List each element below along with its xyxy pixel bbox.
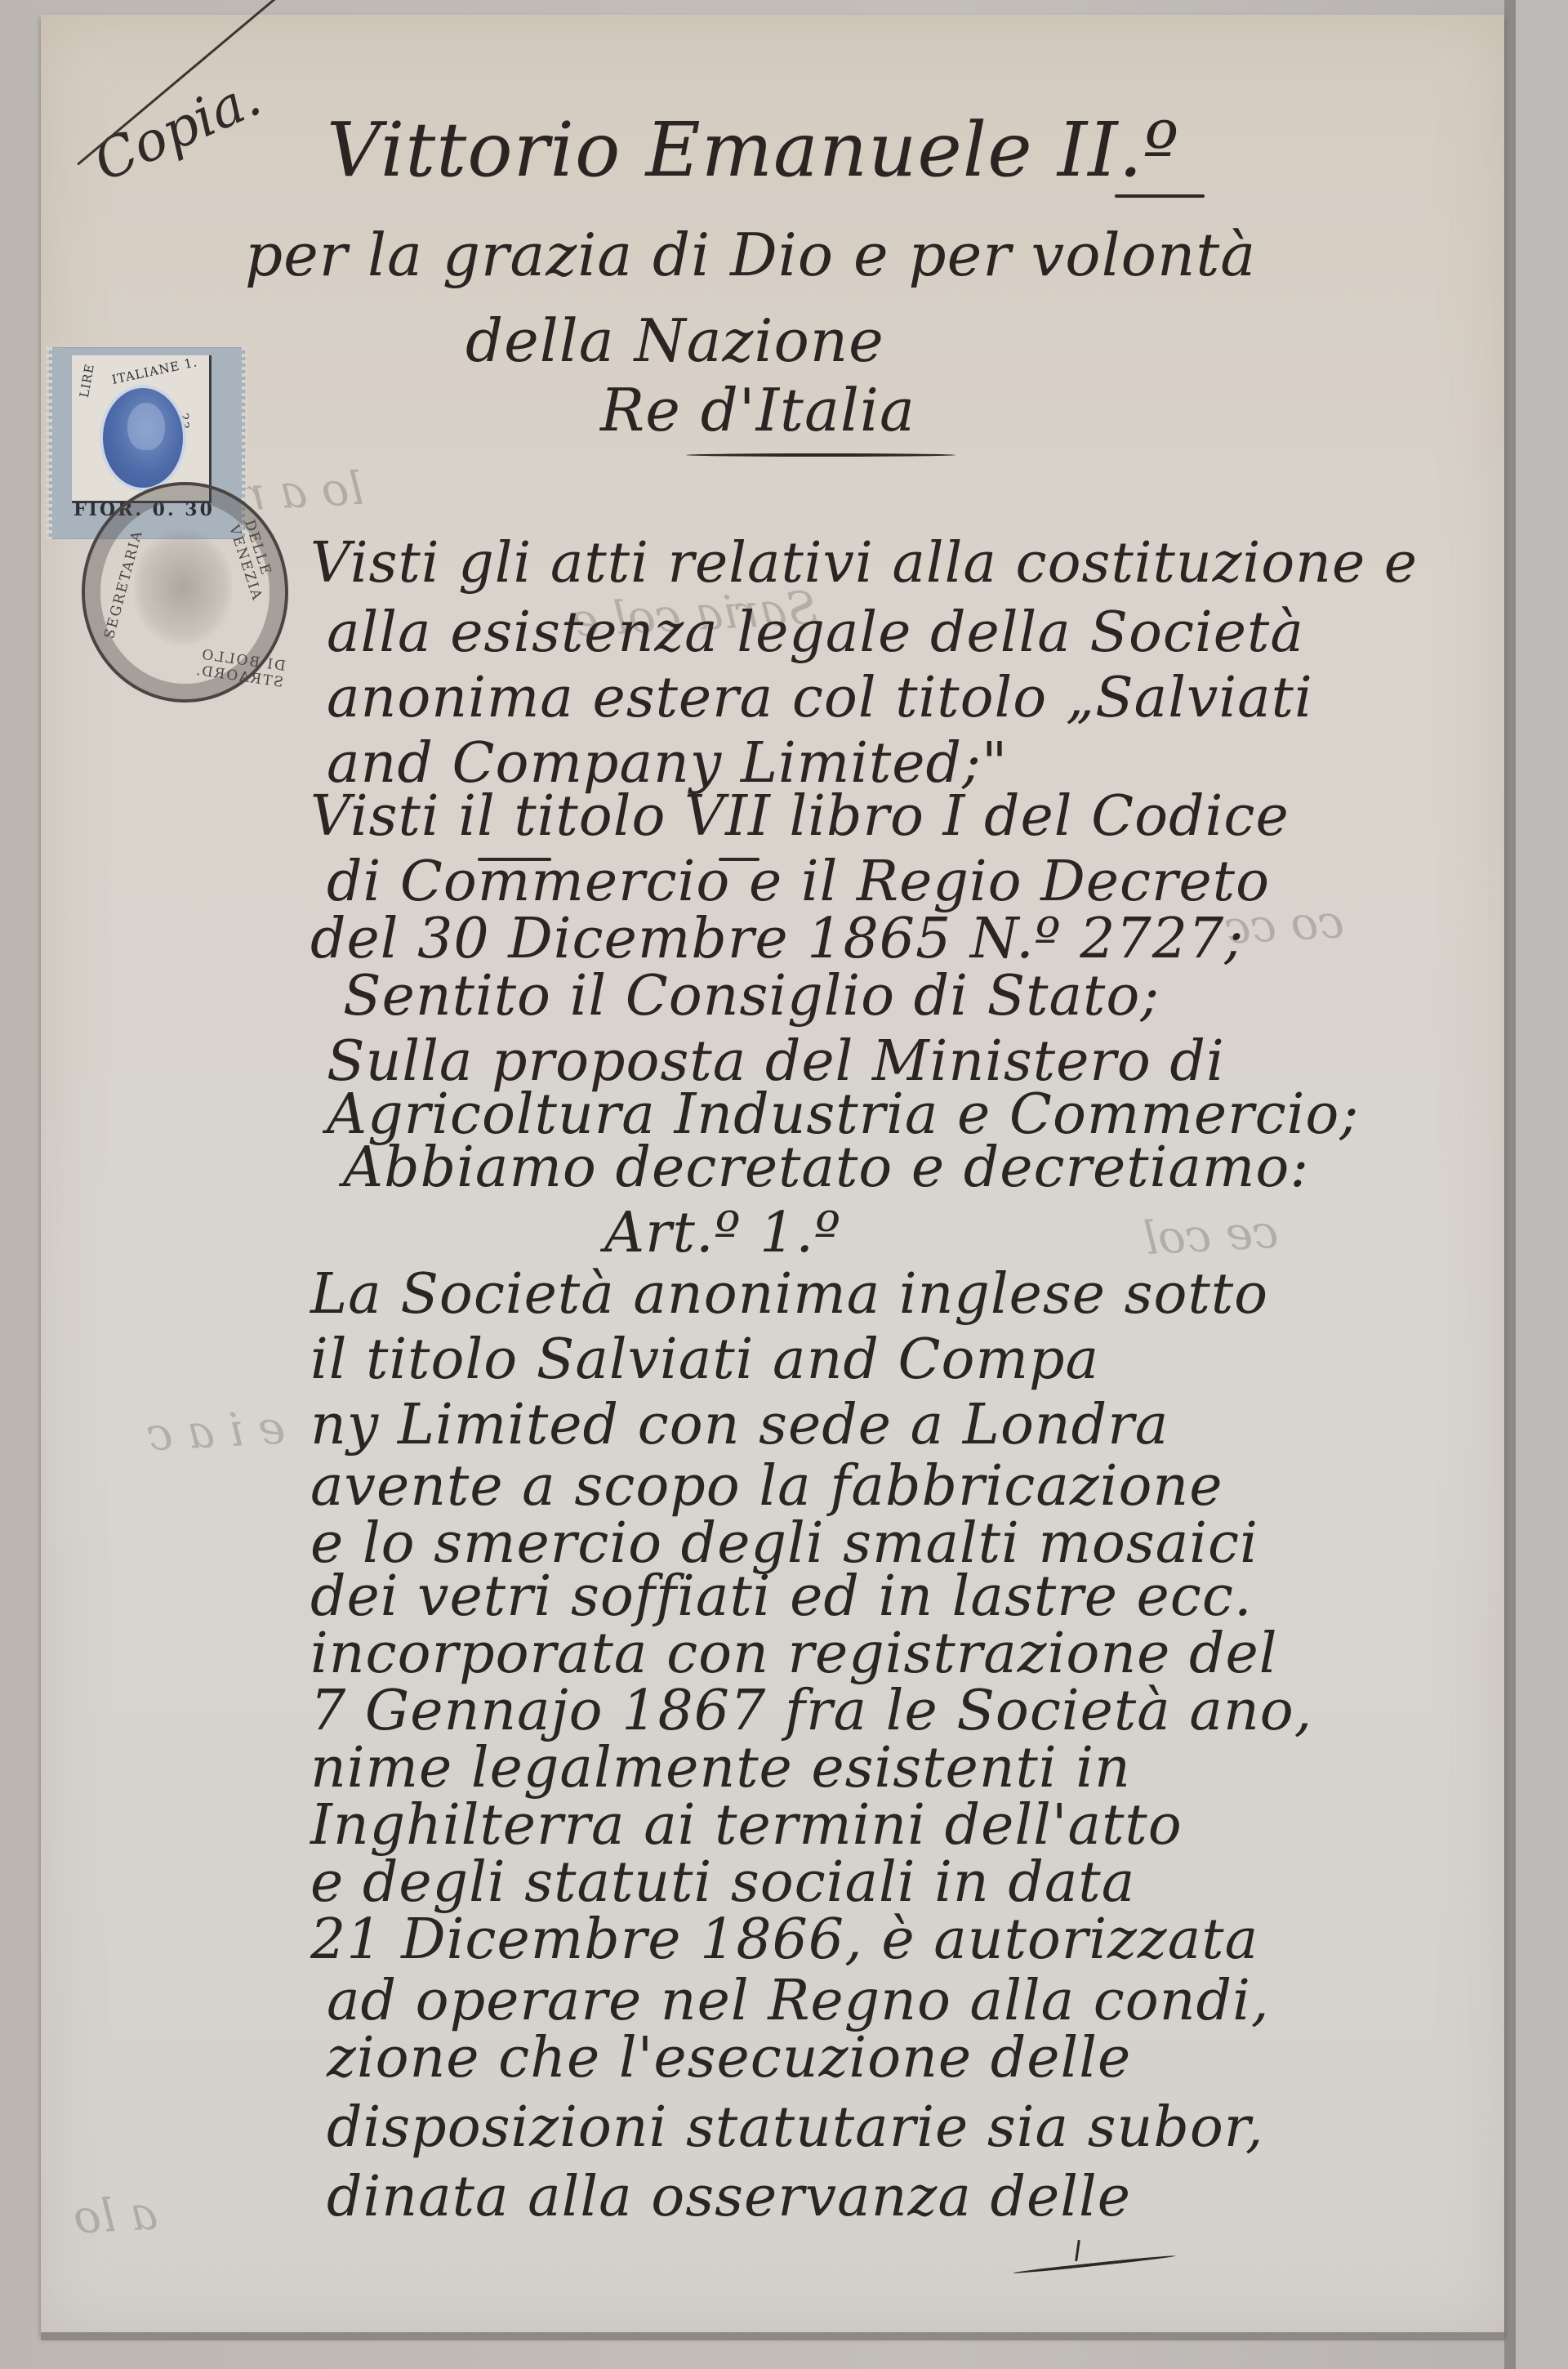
article-line: 21 Dicembre 1866, è autorizzata (310, 1907, 1258, 1972)
body-line: del 30 Dicembre 1865 N.º 2727; (310, 907, 1244, 971)
article-line: ad operare nel Regno alla condi, (327, 1969, 1269, 2033)
heading-nation-line: della Nazione (465, 306, 884, 375)
article-heading: Art.º 1.º (604, 1201, 841, 1265)
body-line: Visti gli atti relativi alla costituzion… (310, 531, 1418, 596)
article-line: dei vetri soffiati ed in lastre ecc. (310, 1564, 1253, 1629)
body-line: Sentito il Consiglio di Stato; (343, 964, 1160, 1028)
page-bottom-edge (41, 2332, 1504, 2340)
body-line: anonima estera col titolo „Salviati (327, 666, 1313, 730)
heading-flourish (686, 453, 955, 457)
heading-sovereign-name: Vittorio Emanuele II.º (327, 106, 1179, 194)
heading-king-of-italy: Re d'Italia (600, 376, 915, 444)
article-line: disposizioni statutarie sia subor, (327, 2095, 1263, 2160)
article-line: e degli statuti sociali in data (310, 1850, 1135, 1915)
heading-numeral-underline (1115, 194, 1205, 198)
body-line: alla esistenza legale della Società (327, 600, 1304, 665)
article-line: avente a scopo la fabbricazione (310, 1454, 1223, 1519)
stamp-text-top: ITALIANE 1. (110, 355, 198, 387)
official-seal: SEGRETARIA DELLE VENEZIA DI BOLLO STRAOR… (82, 482, 288, 703)
article-line: ny Limited con sede a Londra (310, 1393, 1169, 1457)
heading-grace-line: per la grazia di Dio e per volontà (245, 221, 1256, 289)
bleed-through-text: a lo (72, 2187, 158, 2244)
article-line: nime legalmente esistenti in (310, 1736, 1131, 1800)
article-line: dinata alla osservanza delle (327, 2165, 1131, 2229)
article-line: 7 Gennajo 1867 fra le Società ano, (310, 1679, 1312, 1743)
bleed-through-text: ce col (1142, 1206, 1279, 1266)
seal-text-bottom: DI BOLLO STRAORD. (119, 636, 287, 691)
article-line: La Società anonima inglese sotto (310, 1262, 1268, 1327)
article-line: il titolo Salviati and Compa (310, 1327, 1099, 1392)
article-line: incorporata con registrazione del (310, 1622, 1277, 1686)
article-line: zione che l'esecuzione delle (327, 2026, 1131, 2090)
body-line: Visti il titolo VII libro I del Codice (310, 784, 1290, 849)
right-mount-board (1504, 0, 1568, 2369)
stamp-portrait-icon (103, 388, 183, 488)
body-line: Abbiamo decretato e decretiamo: (343, 1135, 1309, 1200)
stamp-portrait-head (127, 403, 165, 450)
body-line: di Commercio e il Regio Decreto (327, 850, 1270, 914)
article-line: Inghilterra ai termini dell'atto (310, 1793, 1183, 1858)
seal-emblem-icon (134, 530, 232, 645)
stamp-text-left: LIRE (77, 362, 97, 399)
revenue-stamp-face: LIRE ITALIANE 1. 23 (72, 355, 212, 503)
bleed-through-text: e i a c (145, 1402, 286, 1462)
